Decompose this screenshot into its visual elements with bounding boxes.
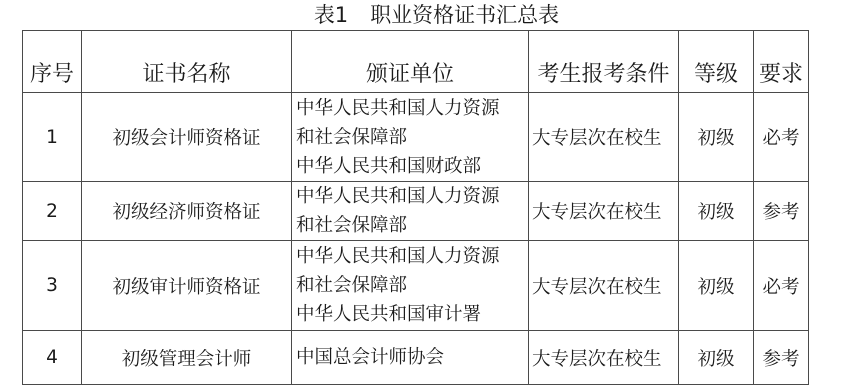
cell-issuer: 中华人民共和国人力资源 和社会保障部 中华人民共和国审计署 (292, 241, 529, 331)
issuer-line: 中华人民共和国人力资源 (296, 242, 528, 271)
cell-level: 初级 (679, 93, 754, 182)
issuer-line: 和社会保障部 (296, 211, 528, 240)
table-row: 3 初级审计师资格证 中华人民共和国人力资源 和社会保障部 中华人民共和国审计署… (23, 241, 809, 331)
cell-condition: 大专层次在校生 (529, 331, 679, 385)
table-caption: 表1职业资格证书汇总表 (0, 2, 843, 28)
cell-issuer: 中华人民共和国人力资源 和社会保障部 (292, 182, 529, 241)
header-condition: 考生报考条件 (529, 31, 679, 93)
table-row: 1 初级会计师资格证 中华人民共和国人力资源 和社会保障部 中华人民共和国财政部… (23, 93, 809, 182)
cell-condition: 大专层次在校生 (529, 93, 679, 182)
cell-condition: 大专层次在校生 (529, 241, 679, 331)
cell-issuer: 中国总会计师协会 (292, 331, 529, 385)
header-index: 序号 (23, 31, 82, 93)
issuer-line: 中华人民共和国审计署 (296, 300, 528, 329)
cell-requirement: 参考 (754, 331, 809, 385)
caption-title: 职业资格证书汇总表 (370, 3, 559, 27)
cell-index: 2 (23, 182, 82, 241)
cell-certificate-name: 初级会计师资格证 (82, 93, 292, 182)
header-certificate-name: 证书名称 (82, 31, 292, 93)
header-row: 序号 证书名称 颁证单位 考生报考条件 等级 要求 (23, 31, 809, 93)
cell-index: 1 (23, 93, 82, 182)
issuer-line: 中华人民共和国财政部 (296, 152, 528, 181)
cell-certificate-name: 初级经济师资格证 (82, 182, 292, 241)
cell-level: 初级 (679, 331, 754, 385)
caption-number: 表1 (314, 3, 348, 27)
cell-requirement: 参考 (754, 182, 809, 241)
cell-certificate-name: 初级管理会计师 (82, 331, 292, 385)
issuer-line: 中华人民共和国人力资源 (296, 182, 528, 211)
header-requirement: 要求 (754, 31, 809, 93)
table-row: 2 初级经济师资格证 中华人民共和国人力资源 和社会保障部 大专层次在校生 初级… (23, 182, 809, 241)
table-row: 4 初级管理会计师 中国总会计师协会 大专层次在校生 初级 参考 (23, 331, 809, 385)
cell-level: 初级 (679, 241, 754, 331)
cell-index: 4 (23, 331, 82, 385)
certificate-summary-table: 序号 证书名称 颁证单位 考生报考条件 等级 要求 1 初级会计师资格证 中华人… (22, 30, 809, 385)
issuer-line: 中华人民共和国人力资源 (296, 94, 528, 123)
cell-requirement: 必考 (754, 241, 809, 331)
cell-certificate-name: 初级审计师资格证 (82, 241, 292, 331)
cell-requirement: 必考 (754, 93, 809, 182)
issuer-line: 和社会保障部 (296, 271, 528, 300)
cell-index: 3 (23, 241, 82, 331)
issuer-line: 中国总会计师协会 (296, 343, 528, 372)
cell-condition: 大专层次在校生 (529, 182, 679, 241)
issuer-line: 和社会保障部 (296, 123, 528, 152)
cell-level: 初级 (679, 182, 754, 241)
cell-issuer: 中华人民共和国人力资源 和社会保障部 中华人民共和国财政部 (292, 93, 529, 182)
header-level: 等级 (679, 31, 754, 93)
header-issuer: 颁证单位 (292, 31, 529, 93)
